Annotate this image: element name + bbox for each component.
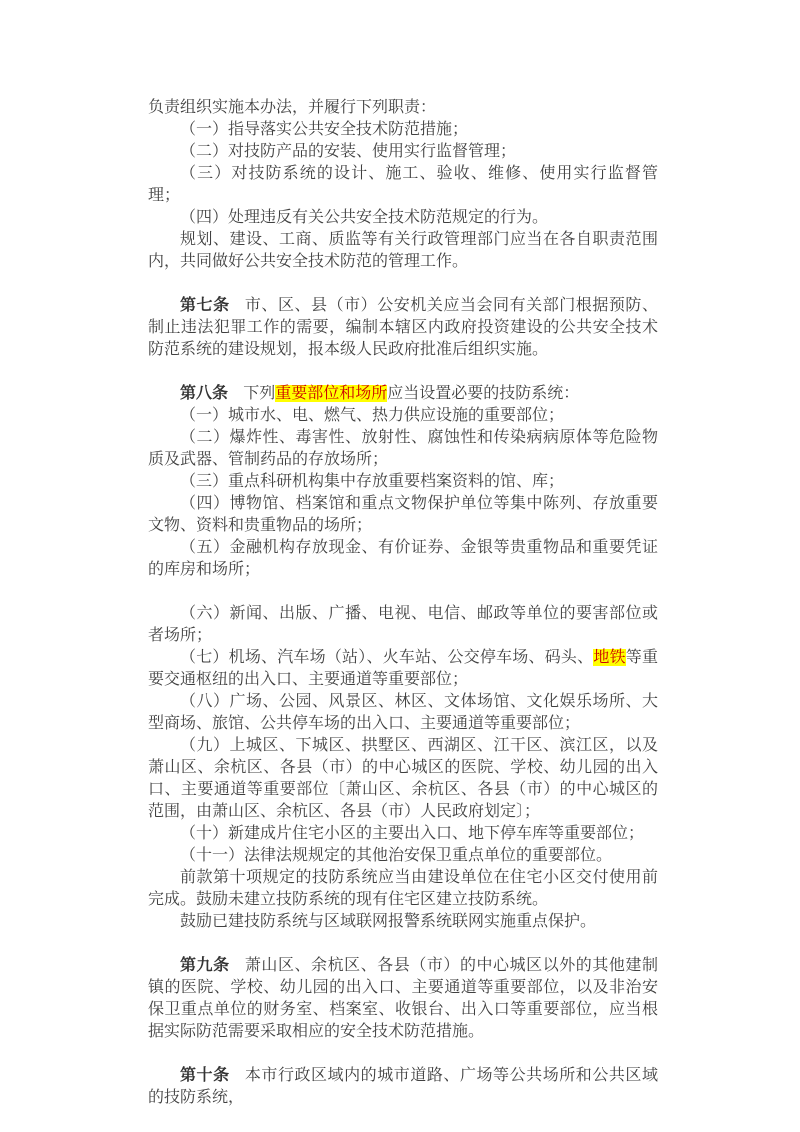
article-10-label: 第十条	[180, 1067, 230, 1084]
intro-duty-item-4: （四）处理违反有关公共安全技术防范规定的行为。	[148, 207, 658, 229]
article-8-highlighted-phrase: 重要部位和场所	[275, 385, 387, 402]
document-page: 负责组织实施本办法，并履行下列职责： （一）指导落实公共安全技术防范措施； （二…	[0, 0, 800, 1132]
article-8-item-8: （八）广场、公园、风景区、林区、文体场馆、文化娱乐场所、大型商场、旅馆、公共停车…	[148, 691, 658, 735]
intro-duty-item-3: （三）对技防系统的设计、施工、验收、维修、使用实行监督管理；	[148, 163, 658, 207]
article-8-item-9: （九）上城区、下城区、拱墅区、西湖区、江干区、滨江区，以及萧山区、余杭区、各县（…	[148, 735, 658, 823]
article-8-item-1: （一）城市水、电、燃气、热力供应设施的重要部位；	[148, 405, 658, 427]
article-8-item-2: （二）爆炸性、毒害性、放射性、腐蚀性和传染病病原体等危险物质及武器、管制药品的存…	[148, 427, 658, 471]
article-8-heading: 第八条下列重要部位和场所应当设置必要的技防系统：	[148, 383, 658, 405]
article-10-paragraph: 第十条本市行政区域内的城市道路、广场等公共场所和公共区域的技防系统，	[148, 1065, 658, 1109]
intro-duty-item-1: （一）指导落实公共安全技术防范措施；	[148, 119, 658, 141]
intro-duty-item-2: （二）对技防产品的安装、使用实行监督管理；	[148, 141, 658, 163]
article-8-label: 第八条	[180, 385, 228, 402]
article-8-item-7-pre-text: （七）机场、汽车场（站）、火车站、公交停车场、码头、	[180, 649, 593, 666]
article-8-item-3: （三）重点科研机构集中存放重要档案资料的馆、库；	[148, 471, 658, 493]
article-8-post-text: 应当设置必要的技防系统：	[387, 385, 579, 402]
article-8-item-5: （五）金融机构存放现金、有价证券、金银等贵重物品和重要凭证的库房和场所；	[148, 537, 658, 581]
document-content: 负责组织实施本办法，并履行下列职责： （一）指导落实公共安全技术防范措施； （二…	[148, 97, 658, 1109]
article-9-label: 第九条	[180, 957, 230, 974]
article-8-item-4: （四）博物馆、档案馆和重点文物保护单位等集中陈列、存放重要文物、资料和贵重物品的…	[148, 493, 658, 537]
article-8-item-11: （十一）法律法规规定的其他治安保卫重点单位的重要部位。	[148, 845, 658, 867]
article-8-closing-paragraph-1: 前款第十项规定的技防系统应当由建设单位在住宅小区交付使用前完成。鼓励未建立技防系…	[148, 867, 658, 911]
article-9-paragraph: 第九条萧山区、余杭区、各县（市）的中心城区以外的其他建制镇的医院、学校、幼儿园的…	[148, 955, 658, 1043]
intro-closing-paragraph: 规划、建设、工商、质监等有关行政管理部门应当在各自职责范围内，共同做好公共安全技…	[148, 229, 658, 273]
article-8-pre-text: 下列	[243, 385, 275, 402]
article-8-item-7: （七）机场、汽车场（站）、火车站、公交停车场、码头、地铁等重要交通枢纽的出入口、…	[148, 647, 658, 691]
article-7-label: 第七条	[180, 297, 230, 314]
intro-lead-paragraph: 负责组织实施本办法，并履行下列职责：	[148, 97, 658, 119]
article-7-paragraph: 第七条市、区、县（市）公安机关应当会同有关部门根据预防、制止违法犯罪工作的需要，…	[148, 295, 658, 361]
article-8-item-6: （六）新闻、出版、广播、电视、电信、邮政等单位的要害部位或者场所；	[148, 603, 658, 647]
article-8-item-10: （十）新建成片住宅小区的主要出入口、地下停车库等重要部位；	[148, 823, 658, 845]
article-8-closing-paragraph-2: 鼓励已建技防系统与区域联网报警系统联网实施重点保护。	[148, 911, 658, 933]
article-8-item-7-highlighted-phrase: 地铁	[593, 649, 625, 666]
